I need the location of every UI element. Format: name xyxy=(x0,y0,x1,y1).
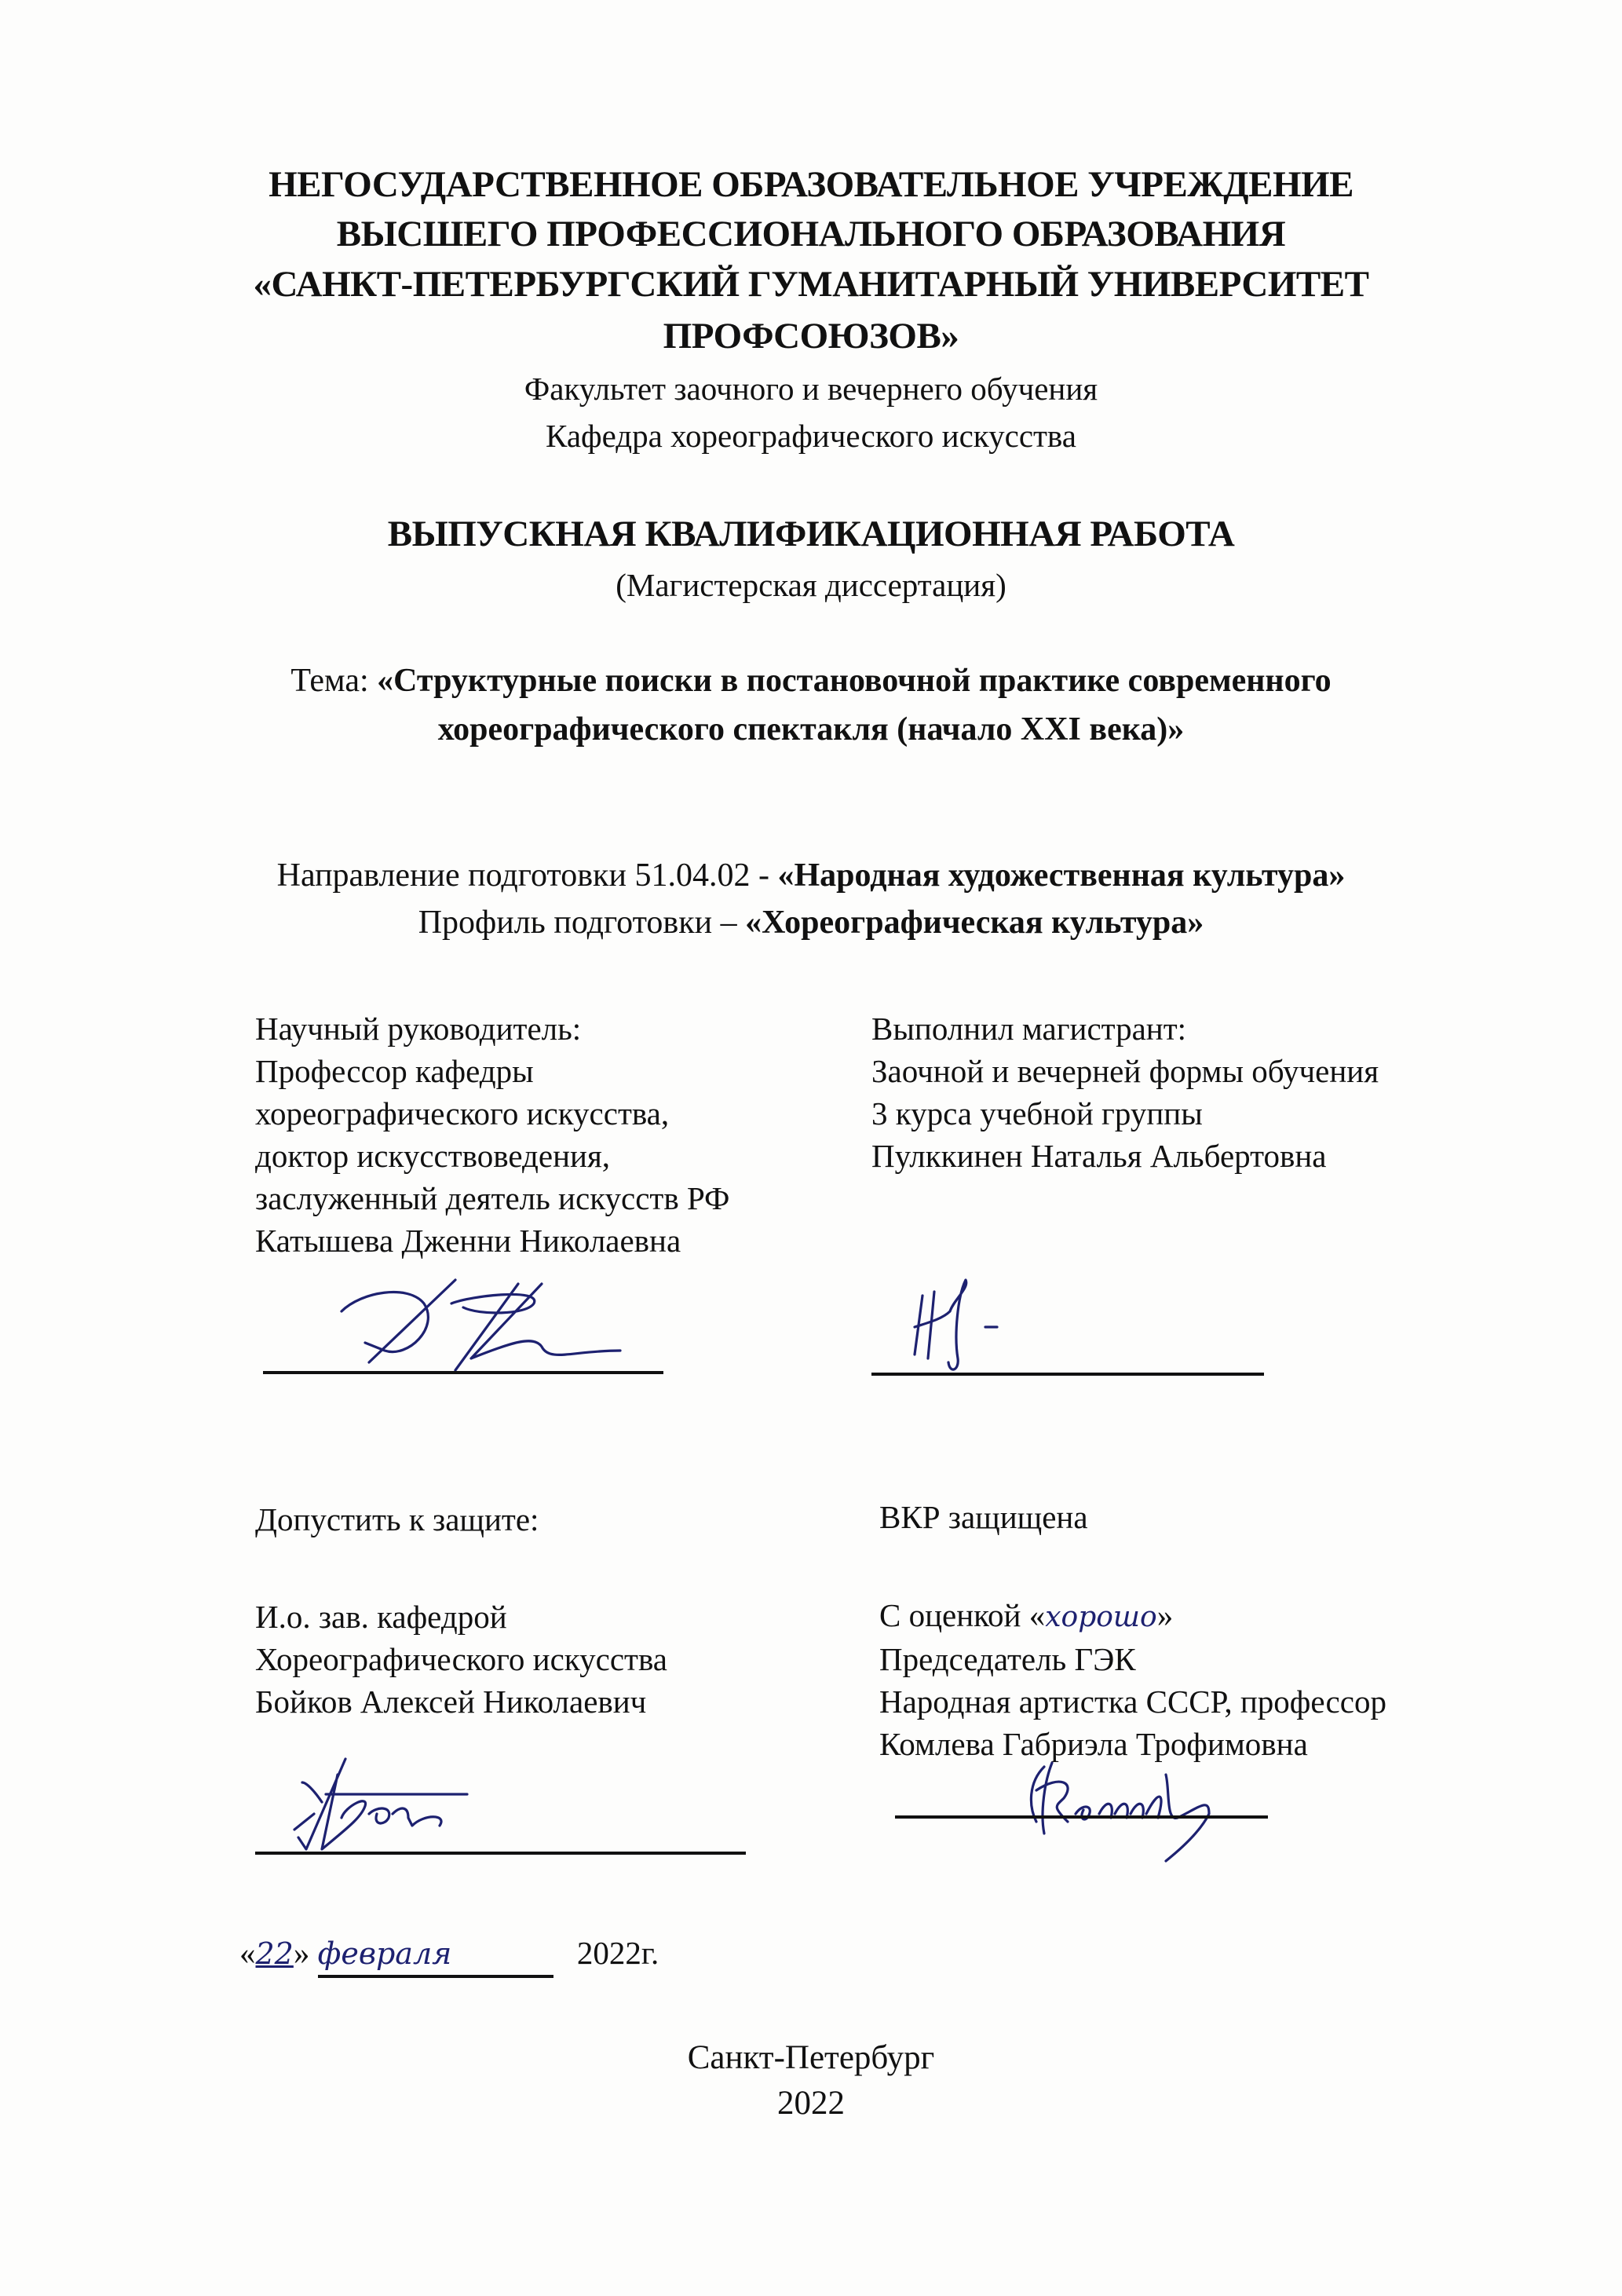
topic-text-1: «Структурные поиски в постановочной прак… xyxy=(377,663,1331,699)
student-heading: Выполнил магистрант: xyxy=(871,1007,1379,1050)
supervisor-title: заслуженный деятель искусств РФ xyxy=(255,1177,729,1219)
supervisor-name: Катышева Дженни Николаевна xyxy=(255,1219,729,1262)
institution-line-4: ПРОФСОЮЗОВ» xyxy=(0,313,1622,360)
city: Санкт-Петербург xyxy=(0,2035,1622,2081)
topic-line-2: хореографического спектакля (начало XXI … xyxy=(0,707,1622,752)
program-direction: Направление подготовки 51.04.02 - «Народ… xyxy=(0,853,1622,898)
committee-chair-rank: Народная артистка СССР, профессор xyxy=(879,1680,1386,1723)
head-of-department-title: И.о. зав. кафедрой xyxy=(255,1596,667,1638)
direction-value: «Народная художественная культура» xyxy=(777,857,1345,894)
program-profile: Профиль подготовки – «Хореографическая к… xyxy=(0,900,1622,945)
head-signature xyxy=(290,1759,479,1861)
defense-heading: ВКР защищена xyxy=(879,1496,1088,1538)
document-page: НЕГОСУДАРСТВЕННОЕ ОБРАЗОВАТЕЛЬНОЕ УЧРЕЖД… xyxy=(0,0,1622,2296)
institution-line-2: ВЫСШЕГО ПРОФЕССИОНАЛЬНОГО ОБРАЗОВАНИЯ xyxy=(0,210,1622,258)
year: 2022 xyxy=(0,2081,1622,2126)
date-month: февраля xyxy=(318,1932,553,1978)
institution-line-1: НЕГОСУДАРСТВЕННОЕ ОБРАЗОВАТЕЛЬНОЕ УЧРЕЖД… xyxy=(0,161,1622,208)
date-day: 22 xyxy=(256,1936,294,1971)
student-name: Пулккинен Наталья Альбертовна xyxy=(871,1135,1379,1177)
approval-date: «22» февраля 2022г. xyxy=(239,1932,659,1978)
supervisor-heading: Научный руководитель: xyxy=(255,1007,729,1050)
date-quote-open: « xyxy=(239,1935,256,1971)
committee-chair-signature xyxy=(1021,1759,1272,1861)
work-type-subtitle: (Магистерская диссертация) xyxy=(0,562,1622,608)
supervisor-degree: доктор искусствоведения, xyxy=(255,1135,729,1177)
profile-label: Профиль подготовки – xyxy=(418,905,745,941)
grade-quote-close: » xyxy=(1157,1597,1174,1633)
grade-value: хорошо xyxy=(1045,1601,1156,1633)
head-department-name: Хореографического искусства xyxy=(255,1638,667,1680)
student-signature xyxy=(911,1280,1028,1382)
topic-line-1: Тема: «Структурные поиски в постановочно… xyxy=(0,658,1622,704)
student-signature-line xyxy=(871,1373,1264,1376)
supervisor-block: Научный руководитель: Профессор кафедры … xyxy=(255,1007,729,1262)
supervisor-department: хореографического искусства, xyxy=(255,1092,729,1135)
faculty-name: Факультет заочного и вечернего обучения xyxy=(0,366,1622,411)
head-signature-line xyxy=(255,1852,746,1855)
profile-value: «Хореографическая культура» xyxy=(745,905,1204,941)
defense-block: Председатель ГЭК Народная артистка СССР,… xyxy=(879,1638,1386,1765)
committee-chair-signature-line xyxy=(895,1815,1268,1819)
supervisor-position: Профессор кафедры xyxy=(255,1050,729,1092)
admission-heading: Допустить к защите: xyxy=(255,1498,539,1541)
date-quote-close: » xyxy=(294,1935,310,1971)
grade-label: С оценкой « xyxy=(879,1597,1045,1633)
committee-chair-title: Председатель ГЭК xyxy=(879,1638,1386,1680)
admission-block: И.о. зав. кафедрой Хореографического иск… xyxy=(255,1596,667,1723)
head-name: Бойков Алексей Николаевич xyxy=(255,1680,667,1723)
topic-label: Тема: xyxy=(290,663,377,699)
supervisor-signature-line xyxy=(263,1371,663,1374)
student-block: Выполнил магистрант: Заочной и вечерней … xyxy=(871,1007,1379,1177)
direction-label: Направление подготовки 51.04.02 - xyxy=(277,857,778,894)
defense-grade: С оценкой «хорошо» xyxy=(879,1594,1173,1639)
student-course: 3 курса учебной группы xyxy=(871,1092,1379,1135)
student-form: Заочной и вечерней формы обучения xyxy=(871,1050,1379,1092)
department-name: Кафедра хореографического искусства xyxy=(0,413,1622,459)
institution-line-3: «САНКТ-ПЕТЕРБУРГСКИЙ ГУМАНИТАРНЫЙ УНИВЕР… xyxy=(0,261,1622,308)
date-year: 2022г. xyxy=(577,1935,659,1971)
work-type-title: ВЫПУСКНАЯ КВАЛИФИКАЦИОННАЯ РАБОТА xyxy=(0,510,1622,558)
supervisor-signature xyxy=(338,1288,667,1382)
